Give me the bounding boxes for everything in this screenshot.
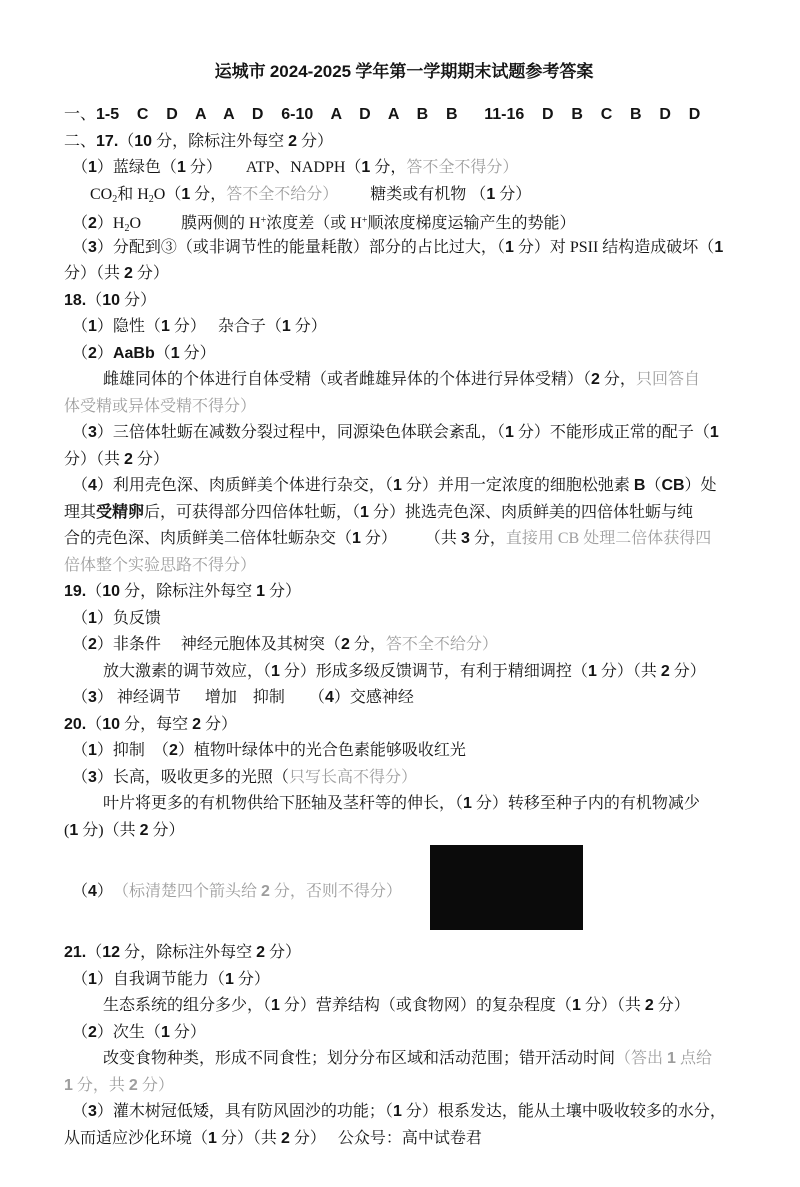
answer-text: ）蓝绿色（ xyxy=(97,159,177,176)
answer-text: （ xyxy=(72,769,88,786)
answer-text: 分）（共 xyxy=(64,451,124,468)
answer-text: 分， xyxy=(350,636,386,653)
answer-text: 分）（共 xyxy=(64,265,124,282)
mc-answers: 一、1-5 C D A A D 6-10 A D A B B 11-16 D B… xyxy=(64,102,744,129)
answer-text: 分， xyxy=(370,159,406,176)
answer-text: ）次生（ xyxy=(97,1024,161,1041)
q18-2-cont1: 雌雄同体的个体进行自体受精（或者雌雄异体的个体进行异体受精）（2 分，只回答自 xyxy=(64,367,744,394)
answer-text: CB xyxy=(661,477,684,494)
answer-text: ）利用壳色深、肉质鲜美个体进行杂交，（ xyxy=(97,477,393,494)
answer-text: 运城市 xyxy=(215,62,270,81)
answer-text: （ xyxy=(86,583,102,600)
answer-text: 叶片将更多的有机物供给下胚轴及茎秆等的伸长，（ xyxy=(103,795,463,812)
answer-text: 2 xyxy=(661,663,670,680)
answer-text: 分)（共 xyxy=(78,822,139,839)
answer-text: 分） xyxy=(120,292,156,309)
answer-text: （ xyxy=(72,345,88,362)
answer-sheet-page: 运城市 2024-2025 学年第一学期期末试题参考答案 一、1-5 C D A… xyxy=(0,0,800,1187)
grading-note-text: 体受精或异体受精不得分） xyxy=(64,398,256,415)
answer-text: 分） xyxy=(180,345,216,362)
q21-2: （2）次生（1 分） xyxy=(64,1020,744,1047)
answer-text: 从而适应沙化环境（ xyxy=(64,1130,208,1147)
answer-text: 2 xyxy=(591,371,600,388)
answer-text: 1 xyxy=(361,159,370,176)
answer-text: 18. xyxy=(64,292,86,309)
q19-2-cont: 放大激素的调节效应，（1 分）形成多级反馈调节，有利于精细调控（1 分）（共 2… xyxy=(64,659,744,686)
answer-text: ）自我调节能力（ xyxy=(97,971,225,988)
answer-text: 分）根系发达，能从土壤中吸收较多的水分， xyxy=(402,1103,726,1120)
answer-text: B xyxy=(634,477,646,494)
answer-text: 生态系统的组分多少，（ xyxy=(103,997,271,1014)
q21-2-cont1: 改变食物种类，形成不同食性；划分分布区域和活动范围；错开活动时间（答出 1 点给 xyxy=(64,1046,744,1073)
answer-text: （ xyxy=(72,636,88,653)
answer-text: 分）（共 xyxy=(597,663,661,680)
answer-text: 1 xyxy=(181,186,190,203)
answer-text: （ xyxy=(72,1024,88,1041)
answer-text: 2 xyxy=(256,944,265,961)
q18-3: （3）三倍体牡蛎在减数分裂过程中，同源染色体联会紊乱，（1 分）不能形成正常的配… xyxy=(64,420,744,447)
q18-4-cont3: 倍体整个实验思路不得分） xyxy=(64,553,744,580)
q18-4-cont1: 理其受精卵后，可获得部分四倍体牡蛎，（1 分）挑选壳色深、肉质鲜美的四倍体牡蛎与… xyxy=(64,500,744,527)
answer-text: 分） 杂合子（ xyxy=(170,318,282,335)
answer-text: （ xyxy=(72,879,88,906)
answer-text: 1 xyxy=(69,822,78,839)
answer-text: 分， xyxy=(600,371,636,388)
q20-1-2: （1）抑制 （2）植物叶绿体中的光合色素能够吸收红光 xyxy=(64,738,744,765)
answer-text: 3 xyxy=(88,689,97,706)
answer-text: 2 xyxy=(124,265,133,282)
answer-text: （ xyxy=(72,1103,88,1120)
answer-text: 理其 xyxy=(64,504,96,521)
answer-text: 2024-2025 xyxy=(270,62,351,81)
answer-text: 10 xyxy=(102,583,120,600)
answer-text: 二、 xyxy=(64,133,96,150)
answer-text: 2 xyxy=(88,215,97,232)
q17-1: （1）蓝绿色（1 分） ATP、NADPH（1 分，答不全不得分） xyxy=(64,155,744,182)
q21-1-cont: 生态系统的组分多少，（1 分）营养结构（或食物网）的复杂程度（1 分）（共 2 … xyxy=(64,993,744,1020)
grading-note-text: 只写长高不得分） xyxy=(289,769,417,786)
q21-2-cont2: 1 分，共 2 分） xyxy=(64,1073,744,1100)
answer-text: 放大激素的调节效应，（ xyxy=(103,663,271,680)
q20-3: （3）长高，吸收更多的光照（只写长高不得分） xyxy=(64,765,744,792)
answer-text: 1 xyxy=(505,239,514,256)
answer-text: ）灌木树冠低矮，具有防风固沙的功能；（ xyxy=(97,1103,393,1120)
answer-text: 顺浓度梯度运输产生的势能） xyxy=(367,215,575,232)
answer-text: （ xyxy=(72,610,88,627)
answer-text: （ xyxy=(86,716,102,733)
answer-text: 分）（共 xyxy=(581,997,645,1014)
answer-text: 分） xyxy=(670,663,706,680)
q20-header: 20.（10 分，每空 2 分） xyxy=(64,712,744,739)
answer-text: 分） 公众号：高中试卷君 xyxy=(290,1130,482,1147)
page-title: 运城市 2024-2025 学年第一学期期末试题参考答案 xyxy=(64,58,744,86)
answer-text: 分） xyxy=(495,186,531,203)
answer-text: 3 xyxy=(88,424,97,441)
answer-text: 2 xyxy=(169,742,178,759)
answer-text: （ xyxy=(72,971,88,988)
answer-text: 4 xyxy=(325,689,334,706)
grading-note-text: 点给 xyxy=(676,1050,712,1067)
answer-text: 3 xyxy=(88,1103,97,1120)
answer-text: 分） xyxy=(148,822,184,839)
answer-text: 1 xyxy=(225,971,234,988)
answer-text: 1 xyxy=(161,1024,170,1041)
answer-text: 分） xyxy=(133,265,169,282)
q17-1-cont: CO2和 H2O（1 分，答不全不给分） 糖类或有机物 （1 分） xyxy=(64,182,744,209)
answer-text: 分） xyxy=(170,1024,206,1041)
answer-text: 分， xyxy=(470,530,506,547)
answer-text: 10 xyxy=(134,133,152,150)
answer-text: 后，可获得部分四倍体牡蛎，（ xyxy=(144,504,360,521)
answer-text: 分） （共 xyxy=(361,530,461,547)
answer-text: 分） xyxy=(234,971,270,988)
grading-note-text: （标清楚四个箭头给 xyxy=(113,879,261,906)
answer-text: 12 xyxy=(102,944,120,961)
answer-text: 2 xyxy=(192,716,201,733)
q17-header: 二、17.（10 分，除标注外每空 2 分） xyxy=(64,129,744,156)
answer-text: （ xyxy=(72,689,88,706)
answer-text: 1 xyxy=(710,424,719,441)
answer-text: 分）转移至种子内的有机物减少 xyxy=(472,795,700,812)
answer-text: 1 xyxy=(177,159,186,176)
answer-text: 1 xyxy=(256,583,265,600)
answer-text: ）非条件 神经元胞体及其树突（ xyxy=(97,636,341,653)
answer-text: 分）不能形成正常的配子（ xyxy=(514,424,710,441)
answer-text: 1 xyxy=(88,610,97,627)
answer-text: 4 xyxy=(88,477,97,494)
answer-text: 雌雄同体的个体进行自体受精（或者雌雄异体的个体进行异体受精）（ xyxy=(103,371,591,388)
answer-text: 分，除标注外每空 xyxy=(120,583,256,600)
answer-text: 分） xyxy=(133,451,169,468)
answer-text: ）植物叶绿体中的光合色素能够吸收红光 xyxy=(178,742,466,759)
q18-4: （4）利用壳色深、肉质鲜美个体进行杂交，（1 分）并用一定浓度的细胞松弛素 B（… xyxy=(64,473,744,500)
grading-note-text: 答不全不给分） xyxy=(386,636,498,653)
answer-text: 分） xyxy=(291,318,327,335)
answer-text: 1 xyxy=(588,663,597,680)
q21-1: （1）自我调节能力（1 分） xyxy=(64,967,744,994)
answer-text: 1 xyxy=(88,742,97,759)
answer-text: 1 xyxy=(505,424,514,441)
answer-text: ）隐性（ xyxy=(97,318,161,335)
q17-2: （2）H2O 膜两侧的 H+浓度差（或 H+顺浓度梯度运输产生的势能） xyxy=(64,208,744,235)
answer-text: 1-5 C D A A D 6-10 A D A B B 11-16 D B C… xyxy=(96,106,700,123)
answer-text: 1 xyxy=(393,1103,402,1120)
answer-text: ） xyxy=(97,345,113,362)
answer-text: 10 xyxy=(102,292,120,309)
answer-text: ）负反馈 xyxy=(97,610,161,627)
answer-text: 1 xyxy=(161,318,170,335)
answer-text: （ xyxy=(118,133,134,150)
answer-text: 和 H xyxy=(117,186,149,203)
answer-text: （ xyxy=(645,477,661,494)
answer-text: 2 xyxy=(645,997,654,1014)
q17-3: （3）分配到③（或非调节性的能量耗散）部分的占比过大，（1 分）对 PSII 结… xyxy=(64,235,744,262)
answer-text: 2 xyxy=(281,1130,290,1147)
answer-text: 1 xyxy=(393,477,402,494)
answer-text: 学年第一学期期末试题参考答案 xyxy=(351,62,593,81)
q19-3-4: （3） 神经调节 增加 抑制 （4）交感神经 xyxy=(64,685,744,712)
answer-text: 1 xyxy=(271,663,280,680)
q21-3: （3）灌木树冠低矮，具有防风固沙的功能；（1 分）根系发达，能从土壤中吸收较多的… xyxy=(64,1099,744,1126)
answer-text: 受精卵 xyxy=(96,504,144,521)
answer-text: 分）挑选壳色深、肉质鲜美的四倍体牡蛎与纯 xyxy=(369,504,693,521)
answer-text: 分） xyxy=(265,944,301,961)
grading-note-text: 2 xyxy=(261,879,270,906)
answer-text: 1 xyxy=(486,186,495,203)
answer-text: 2 xyxy=(88,1024,97,1041)
answer-text: 分） ATP、NADPH（ xyxy=(186,159,362,176)
answer-text: （ xyxy=(86,944,102,961)
answer-text: 分）营养结构（或食物网）的复杂程度（ xyxy=(280,997,572,1014)
answer-text: ）处 xyxy=(685,477,717,494)
answer-text: 改变食物种类，形成不同食性；划分分布区域和活动范围；错开活动时间 xyxy=(103,1050,615,1067)
answer-text: 1 xyxy=(572,997,581,1014)
answer-text: ）H xyxy=(97,215,125,232)
q19-2: （2）非条件 神经元胞体及其树突（2 分，答不全不给分） xyxy=(64,632,744,659)
answer-text: 1 xyxy=(88,318,97,335)
document-page: { "page": { "background": "#ffffff", "te… xyxy=(0,0,800,1187)
q18-1: （1）隐性（1 分） 杂合子（1 分） xyxy=(64,314,744,341)
answer-text: AaBb xyxy=(113,345,155,362)
answer-text: （ xyxy=(72,742,88,759)
answer-text: 1 xyxy=(714,239,723,256)
grading-note-text: 1 xyxy=(667,1050,676,1067)
answer-text: （ xyxy=(72,159,88,176)
grading-note-text: 答不全不给分） xyxy=(226,186,338,203)
q20-3-cont2: (1 分)（共 2 分） xyxy=(64,818,744,845)
answer-text: 分）对 PSII 结构造成破坏（ xyxy=(514,239,714,256)
answer-text: 3 xyxy=(461,530,470,547)
answer-text: 合的壳色深、肉质鲜美二倍体牡蛎杂交（ xyxy=(64,530,352,547)
answer-text: 糖类或有机物 （ xyxy=(338,186,486,203)
answer-text: O 膜两侧的 H xyxy=(129,215,260,232)
q21-header: 21.（12 分，除标注外每空 2 分） xyxy=(64,940,744,967)
answer-text: 2 xyxy=(288,133,297,150)
answer-text: 20. xyxy=(64,716,86,733)
answer-text: 1 xyxy=(171,345,180,362)
answer-text: 1 xyxy=(88,159,97,176)
q20-4: （4）（标清楚四个箭头给 2 分，否则不得分） xyxy=(64,844,744,940)
answer-text: ）交感神经 xyxy=(334,689,414,706)
answer-text: ） 神经调节 增加 抑制 （ xyxy=(97,689,325,706)
answer-text: 1 xyxy=(271,997,280,1014)
grading-note-text: 分，否则不得分） xyxy=(270,879,402,906)
answer-text: 2 xyxy=(88,636,97,653)
q17-3-cont: 分）（共 2 分） xyxy=(64,261,744,288)
grading-note-text: 答不全不得分） xyxy=(406,159,518,176)
answer-text: （ xyxy=(72,215,88,232)
answer-text: 分）并用一定浓度的细胞松弛素 xyxy=(402,477,634,494)
answer-text: 分，除标注外每空 xyxy=(152,133,288,150)
answer-text: 浓度差（或 H xyxy=(266,215,362,232)
grading-note-text: （答出 xyxy=(615,1050,667,1067)
answer-text: （ xyxy=(72,424,88,441)
grading-note-text: 1 xyxy=(64,1077,73,1094)
answer-text: 一、 xyxy=(64,106,96,123)
q19-header: 19.（10 分，除标注外每空 1 分） xyxy=(64,579,744,606)
answer-text: ）三倍体牡蛎在减数分裂过程中，同源染色体联会紊乱，（ xyxy=(97,424,505,441)
answer-text: 分） xyxy=(201,716,237,733)
answer-text: （ xyxy=(155,345,171,362)
answer-text: 分） xyxy=(654,997,690,1014)
answer-text: 4 xyxy=(88,879,97,906)
answer-text: 分，除标注外每空 xyxy=(120,944,256,961)
grading-note-text: 只回答自 xyxy=(636,371,700,388)
answer-text: （ xyxy=(72,239,88,256)
answer-text: O（ xyxy=(154,186,182,203)
answer-text: ）抑制 （ xyxy=(97,742,169,759)
grading-note-text: 2 xyxy=(129,1077,138,1094)
answer-text: 1 xyxy=(463,795,472,812)
answer-text: 19. xyxy=(64,583,86,600)
grading-note-text: 直接用 CB 处理二倍体获得四 xyxy=(506,530,711,547)
answer-text: 1 xyxy=(360,504,369,521)
answer-text: 3 xyxy=(88,769,97,786)
answer-text: ） xyxy=(97,879,113,906)
grading-note-text: 分） xyxy=(138,1077,174,1094)
answer-text: ）长高，吸收更多的光照（ xyxy=(97,769,289,786)
answer-text: 1 xyxy=(352,530,361,547)
answer-text: （ xyxy=(72,477,88,494)
q18-2-cont2: 体受精或异体受精不得分） xyxy=(64,394,744,421)
q18-3-cont: 分）（共 2 分） xyxy=(64,447,744,474)
q20-3-cont1: 叶片将更多的有机物供给下胚轴及茎秆等的伸长，（1 分）转移至种子内的有机物减少 xyxy=(64,791,744,818)
q18-4-cont2: 合的壳色深、肉质鲜美二倍体牡蛎杂交（1 分） （共 3 分，直接用 CB 处理二… xyxy=(64,526,744,553)
answer-text: 分）形成多级反馈调节，有利于精细调控（ xyxy=(280,663,588,680)
answer-text: 2 xyxy=(88,345,97,362)
answer-text: 分， xyxy=(190,186,226,203)
answer-text: 1 xyxy=(282,318,291,335)
answer-text: 分，每空 xyxy=(120,716,192,733)
answer-text: 3 xyxy=(88,239,97,256)
arrow-diagram-figure xyxy=(430,845,583,930)
answer-text: ）分配到③（或非调节性的能量耗散）部分的占比过大，（ xyxy=(97,239,505,256)
q21-3-cont: 从而适应沙化环境（1 分）（共 2 分） 公众号：高中试卷君 xyxy=(64,1126,744,1153)
answer-text: 1 xyxy=(208,1130,217,1147)
grading-note-text: 倍体整个实验思路不得分） xyxy=(64,557,256,574)
q19-1: （1）负反馈 xyxy=(64,606,744,633)
answer-text: 10 xyxy=(102,716,120,733)
answer-text: （ xyxy=(72,318,88,335)
document-body: 一、1-5 C D A A D 6-10 A D A B B 11-16 D B… xyxy=(64,102,744,1152)
answer-text: CO xyxy=(90,186,112,203)
grading-note-text: 分，共 xyxy=(73,1077,129,1094)
answer-text: （ xyxy=(86,292,102,309)
answer-text: 分） xyxy=(297,133,333,150)
answer-text: 2 xyxy=(341,636,350,653)
answer-text: 分） xyxy=(265,583,301,600)
q18-header: 18.（10 分） xyxy=(64,288,744,315)
answer-text: 分）（共 xyxy=(217,1130,281,1147)
answer-text: 2 xyxy=(124,451,133,468)
answer-text: 17. xyxy=(96,133,118,150)
answer-text: 21. xyxy=(64,944,86,961)
answer-text: 1 xyxy=(88,971,97,988)
q18-2: （2）AaBb（1 分） xyxy=(64,341,744,368)
